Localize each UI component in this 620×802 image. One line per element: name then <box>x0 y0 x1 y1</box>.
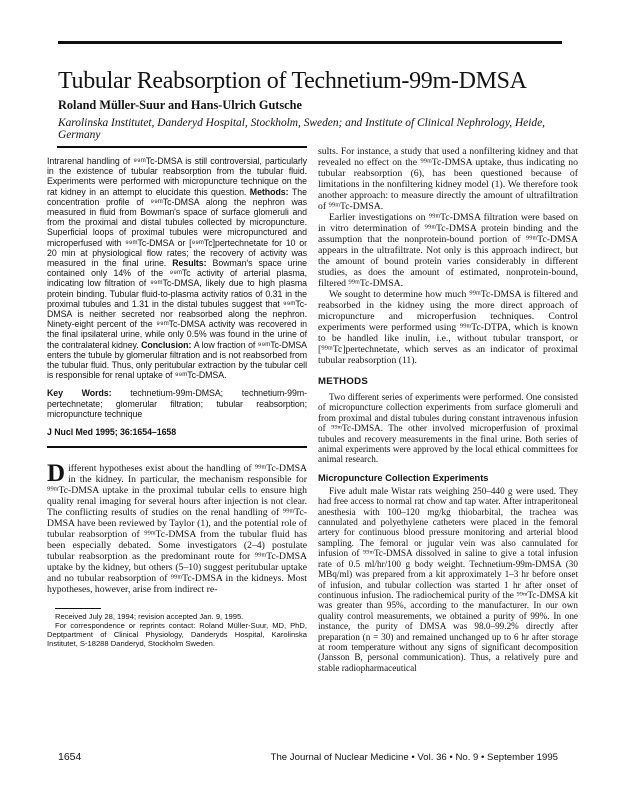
micropuncture-subheading: Micropuncture Collection Experiments <box>318 473 578 483</box>
citation-line: J Nucl Med 1995; 36:1654–1658 <box>47 427 307 437</box>
body-paragraph: sults. For instance, a study that used a… <box>318 146 578 212</box>
authors-line: Roland Müller-Suur and Hans-Ulrich Gutsc… <box>58 98 302 113</box>
keywords-label: Key Words: <box>47 388 130 398</box>
abstract-results-label: Results: <box>172 258 212 268</box>
drop-cap: D <box>47 463 68 484</box>
abstract-results-text: Bowman's space urine contained only 14% … <box>47 258 307 350</box>
abstract-conclusion-label: Conclusion: <box>141 340 194 350</box>
micropuncture-paragraph: Five adult male Wistar rats weighing 250… <box>318 486 578 673</box>
introduction-text: ifferent hypotheses exist about the hand… <box>47 463 307 595</box>
keywords-paragraph: Key Words: technetium-99m-DMSA; techneti… <box>47 388 307 419</box>
methods-section-heading: METHODS <box>318 376 578 387</box>
abstract-bottom-rule <box>47 446 307 448</box>
footnote-block: Received July 28, 1994; revision accepte… <box>47 608 307 649</box>
footnote-correspondence: For correspondence or reprints contact: … <box>47 622 307 649</box>
abstract-methods-text: The concentration profile of ⁹⁹ᵐTc-DMSA … <box>47 187 307 268</box>
journal-footer-line: The Journal of Nuclear Medicine • Vol. 3… <box>271 752 558 763</box>
page-number: 1654 <box>58 751 81 763</box>
header-rule <box>58 41 562 44</box>
body-paragraph: We sought to determine how much ⁹⁹ᵐTc-DM… <box>318 289 578 366</box>
left-column: Intrarenal handling of ⁹⁹ᵐTc-DMSA is sti… <box>47 146 307 673</box>
article-title: Tubular Reabsorption of Technetium-99m-D… <box>58 68 578 95</box>
footnote-rule <box>55 608 101 609</box>
abstract-top-rule <box>57 146 307 148</box>
abstract-paragraph: Intrarenal handling of ⁹⁹ᵐTc-DMSA is sti… <box>47 156 307 380</box>
body-paragraph: Earlier investigations on ⁹⁹ᵐTc-DMSA fil… <box>318 212 578 289</box>
journal-page: Tubular Reabsorption of Technetium-99m-D… <box>0 0 620 802</box>
methods-paragraph: Two different series of experiments were… <box>318 392 578 465</box>
right-column: sults. For instance, a study that used a… <box>318 146 578 673</box>
abstract-methods-label: Methods: <box>250 187 292 197</box>
affiliation-line: Karolinska Institutet, Danderyd Hospital… <box>58 117 578 141</box>
two-column-body: Intrarenal handling of ⁹⁹ᵐTc-DMSA is sti… <box>47 146 578 673</box>
introduction-paragraph: Different hypotheses exist about the han… <box>47 463 307 595</box>
